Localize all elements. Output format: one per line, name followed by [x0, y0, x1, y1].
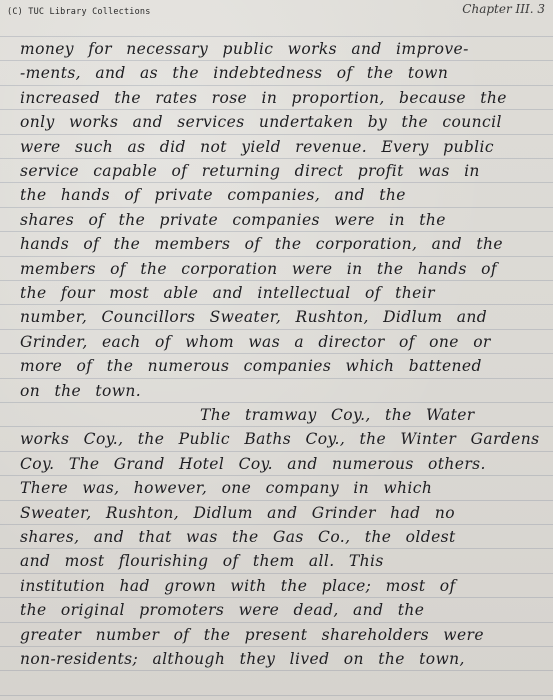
manuscript-line: There was, however, one company in which	[20, 479, 550, 497]
manuscript-line: money for necessary public works and imp…	[20, 40, 550, 58]
copyright-watermark: (C) TUC Library Collections	[7, 7, 151, 17]
ruled-line	[0, 646, 553, 647]
manuscript-line: number, Councillors Sweater, Rushton, Di…	[20, 308, 550, 326]
ruled-line	[0, 182, 553, 183]
ruled-line	[0, 573, 553, 574]
manuscript-line: members of the corporation were in the h…	[20, 260, 550, 278]
manuscript-line: the original promoters were dead, and th…	[20, 601, 550, 619]
manuscript-line: -ments, and as the indebtedness of the t…	[20, 64, 550, 82]
manuscript-line: the hands of private companies, and the	[20, 186, 550, 204]
ruled-line	[0, 85, 553, 86]
ruled-line	[0, 280, 553, 281]
ruled-line	[0, 597, 553, 598]
manuscript-line: works Coy., the Public Baths Coy., the W…	[20, 430, 550, 448]
ruled-line	[0, 524, 553, 525]
ruled-line	[0, 500, 553, 501]
ruled-line	[0, 451, 553, 452]
ruled-line	[0, 60, 553, 61]
manuscript-line: Coy. The Grand Hotel Coy. and numerous o…	[20, 455, 550, 473]
ruled-line	[0, 378, 553, 379]
ruled-line	[0, 36, 553, 37]
ruled-line	[0, 109, 553, 110]
manuscript-line: non-residents; although they lived on th…	[20, 650, 550, 668]
manuscript-line: Sweater, Rushton, Didlum and Grinder had…	[20, 504, 550, 522]
manuscript-line: increased the rates rose in proportion, …	[20, 89, 550, 107]
manuscript-line: greater number of the present shareholde…	[20, 626, 550, 644]
ruled-line	[0, 548, 553, 549]
manuscript-line: on the town.	[20, 382, 550, 400]
manuscript-page: (C) TUC Library Collections Chapter III.…	[0, 0, 553, 700]
ruled-line	[0, 134, 553, 135]
ruled-line	[0, 353, 553, 354]
ruled-line	[0, 670, 553, 671]
ruled-line	[0, 329, 553, 330]
manuscript-line: Grinder, each of whom was a director of …	[20, 333, 550, 351]
manuscript-line: only works and services undertaken by th…	[20, 113, 550, 131]
ruled-line	[0, 426, 553, 427]
manuscript-line: the four most able and intellectual of t…	[20, 284, 550, 302]
ruled-line	[0, 256, 553, 257]
manuscript-line: and most flourishing of them all. This	[20, 552, 550, 570]
ruled-line	[0, 304, 553, 305]
ruled-line	[0, 475, 553, 476]
manuscript-line: hands of the members of the corporation,…	[20, 235, 550, 253]
manuscript-line: institution had grown with the place; mo…	[20, 577, 550, 595]
ruled-line	[0, 158, 553, 159]
ruled-line	[0, 402, 553, 403]
ruled-line	[0, 695, 553, 696]
ruled-line	[0, 622, 553, 623]
manuscript-line: The tramway Coy., the Water	[20, 406, 550, 424]
manuscript-line: more of the numerous companies which bat…	[20, 357, 550, 375]
manuscript-line: service capable of returning direct prof…	[20, 162, 550, 180]
ruled-line	[0, 207, 553, 208]
chapter-heading: Chapter III. 3	[462, 2, 545, 16]
manuscript-line: shares, and that was the Gas Co., the ol…	[20, 528, 550, 546]
manuscript-line: shares of the private companies were in …	[20, 211, 550, 229]
manuscript-line: were such as did not yield revenue. Ever…	[20, 138, 550, 156]
ruled-line	[0, 231, 553, 232]
